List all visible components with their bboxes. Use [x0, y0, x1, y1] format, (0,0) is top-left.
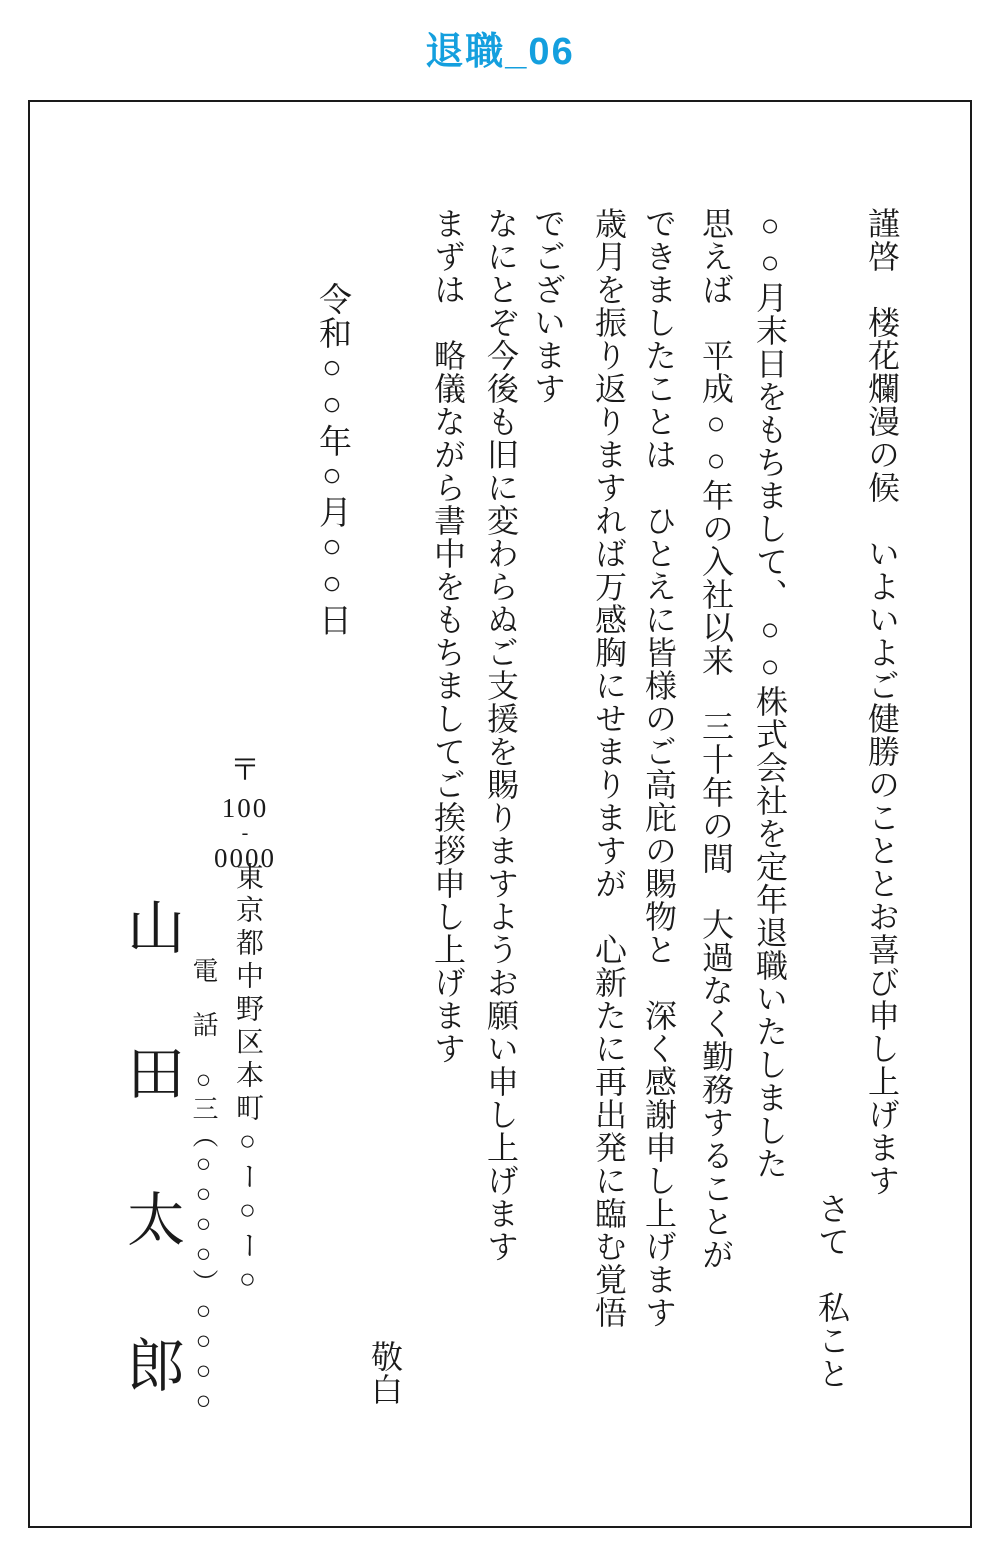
sender-address: 東京都中野区本町○ー○ー○ — [233, 862, 261, 1300]
sender-postal-code: 〒 100 - 0000 — [197, 752, 293, 876]
sender-phone: 電 話 ○三（○○○○）○○○○ — [190, 957, 216, 1416]
letter-body-line-4: できましたことは ひとえに皆様のご高庇の賜物と 深く感謝申し上げます — [643, 207, 675, 1329]
letter-closing-word: 敬白 — [369, 1340, 401, 1406]
letter-body-line-6: でございます — [532, 207, 564, 405]
page-title: 退職_06 — [0, 20, 1000, 75]
letter-body-line-1: 謹啓 楼花爛漫の候 いよいよご健勝のこととお喜び申し上げます — [866, 207, 898, 1197]
letter-date: 令和○○年○月○○日 — [315, 282, 348, 637]
postal-code-hyphen: - — [197, 826, 293, 840]
letter-body-line-7: なにとぞ今後も旧に変わらぬご支援を賜りますようお願い申し上げます — [485, 207, 517, 1263]
postal-code-upper: 100 — [197, 790, 293, 826]
sender-name: 山 田 太 郎 — [121, 897, 179, 1408]
letter-body-line-3: 思えば 平成○○年の入社以来 三十年の間 大過なく勤務することが — [700, 207, 732, 1271]
letter-body-line-2: ○○月末日をもちまして、○○株式会社を定年退職いたしました — [754, 207, 786, 1180]
letter-transition-phrase: さて 私こと — [816, 1192, 848, 1390]
letter-body-line-8: まずは 略儀ながら書中をもちましてご挨拶申し上げます — [432, 207, 464, 1065]
page: 退職_06 謹啓 楼花爛漫の候 いよいよご健勝のこととお喜び申し上げます ○○月… — [0, 0, 1000, 1550]
letter-card: 謹啓 楼花爛漫の候 いよいよご健勝のこととお喜び申し上げます ○○月末日をもちま… — [28, 100, 972, 1528]
postal-mark-icon: 〒 — [197, 752, 293, 790]
letter-body-line-5: 歳月を振り返りますれば万感胸にせまりますが 心新たに再出発に臨む覚悟 — [593, 207, 625, 1329]
